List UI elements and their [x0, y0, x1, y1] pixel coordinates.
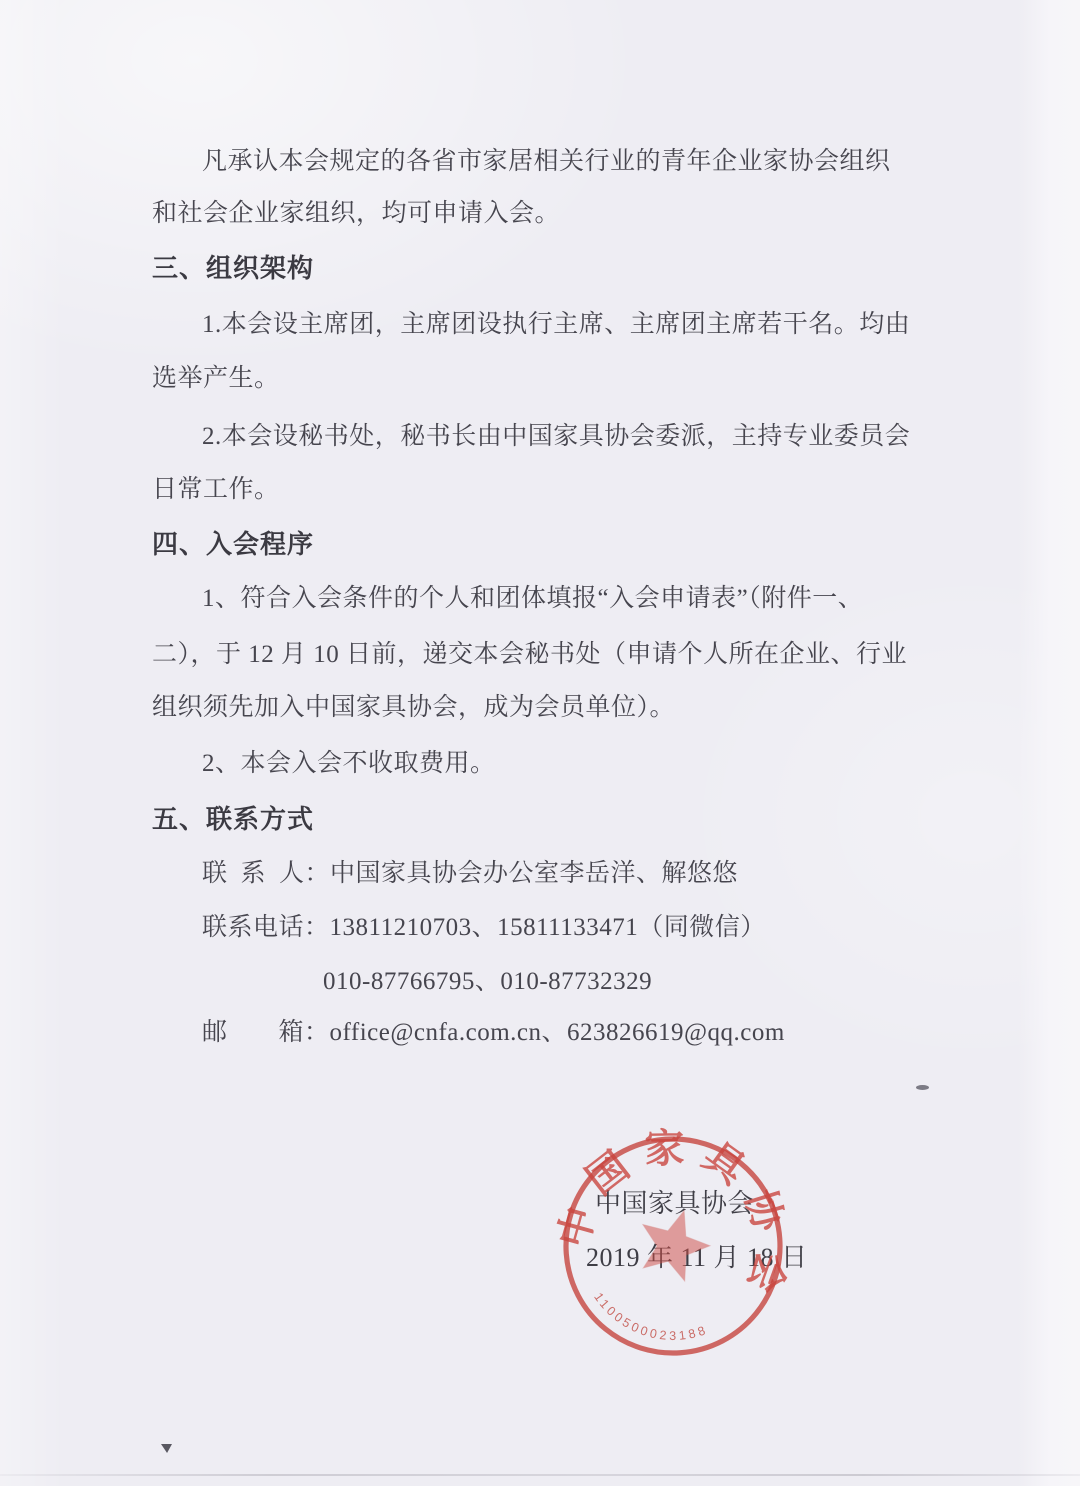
paragraph-line: 日常工作。 — [152, 473, 280, 507]
paragraph-line: 1.本会设主席团，主席团设执行主席、主席团主席若干名。均由 — [202, 308, 910, 342]
scanned-document: { "document": { "lines": [ { "text": "凡承… — [0, 0, 1080, 1486]
paragraph-line: 2.本会设秘书处，秘书长由中国家具协会委派，主持专业委员会 — [202, 420, 910, 454]
paragraph-line: 选举产生。 — [152, 362, 280, 396]
contact-phone-line: 联系电话：13811210703、15811133471（同微信） — [202, 911, 766, 945]
section-heading-3: 三、组织架构 — [152, 251, 314, 285]
paragraph-line: 1、符合入会条件的个人和团体填报“入会申请表”（附件一、 — [202, 582, 863, 616]
paragraph-line: 凡承认本会规定的各省市家居相关行业的青年企业家协会组织 — [202, 145, 891, 179]
paragraph-line: 二），于 12 月 10 日前，递交本会秘书处（申请个人所在企业、行业 — [152, 638, 907, 672]
contact-person-line: 联 系 人：中国家具协会办公室李岳洋、解悠悠 — [202, 857, 738, 891]
page-bottom-edge — [0, 1474, 1080, 1476]
paragraph-line: 组织须先加入中国家具协会，成为会员单位）。 — [152, 691, 675, 725]
section-heading-5: 五、联系方式 — [152, 802, 314, 836]
seal-star-icon — [630, 1200, 717, 1285]
paragraph-line: 2、本会入会不收取费用。 — [202, 747, 496, 781]
contact-phone-line-2: 010-87766795、010-87732329 — [323, 965, 652, 999]
scan-speck — [916, 1085, 929, 1090]
contact-email-line: 邮 箱：office@cnfa.com.cn、623826619@qq.com — [202, 1016, 785, 1050]
section-heading-4: 四、入会程序 — [152, 527, 314, 561]
seal-ring-text: 中国家具协会 — [553, 1126, 793, 1312]
seal-serial-number: 1100500023188 — [584, 1288, 713, 1358]
paragraph-line: 和社会企业家组织，均可申请入会。 — [152, 197, 560, 231]
official-seal-stamp: 中国家具协会 1100500023188 — [553, 1126, 793, 1366]
